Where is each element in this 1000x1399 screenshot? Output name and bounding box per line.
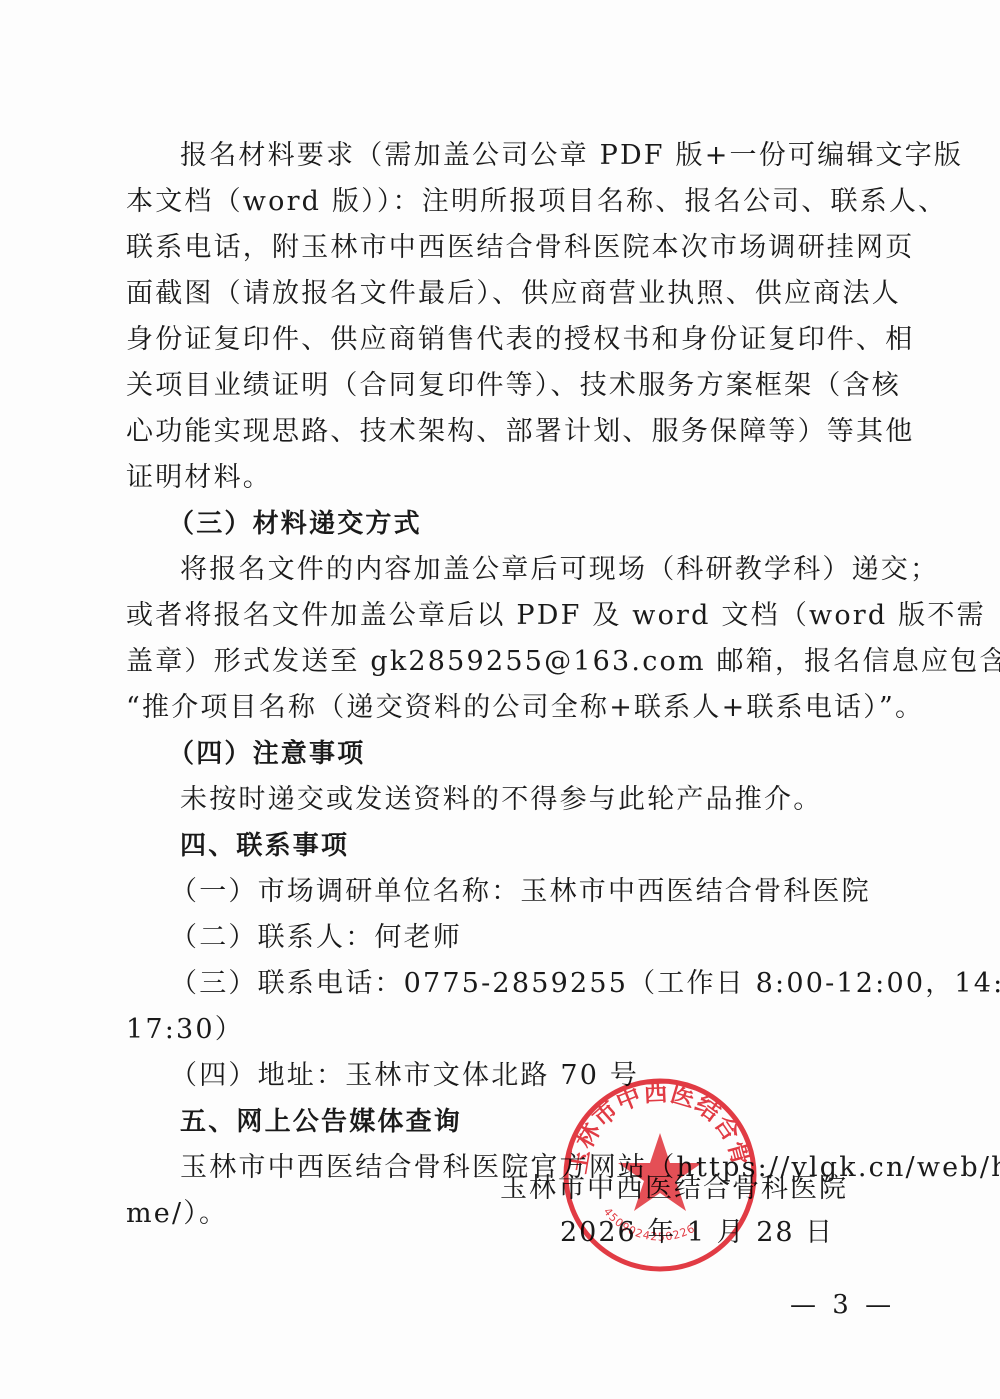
website-line: me/）。 xyxy=(126,1195,228,1233)
paragraph-line: 身份证复印件、供应商销售代表的授权书和身份证复印件、相 xyxy=(126,321,914,359)
paragraph-line: 面截图（请放报名文件最后）、供应商营业执照、供应商法人 xyxy=(126,275,901,313)
contact-person: （二）联系人：何老师 xyxy=(170,919,462,957)
page-number: — 3 — xyxy=(790,1290,895,1320)
contact-organization: （一）市场调研单位名称：玉林市中西医结合骨科医院 xyxy=(170,873,871,911)
official-seal-stamp: 玉林市中西医结合骨科医院 4509024250226 xyxy=(560,1075,760,1275)
contact-phone-hours: 17:30） xyxy=(126,1011,244,1049)
section-heading-notes: （四）注意事项 xyxy=(168,735,365,773)
paragraph-line: 报名材料要求（需加盖公司公章 PDF 版+一份可编辑文字版 xyxy=(180,137,963,175)
paragraph-line: 或者将报名文件加盖公章后以 PDF 及 word 文档（word 版不需 xyxy=(126,597,986,635)
section-heading-online-notice: 五、网上公告媒体查询 xyxy=(180,1103,462,1141)
seal-icon: 玉林市中西医结合骨科医院 4509024250226 xyxy=(560,1075,760,1275)
paragraph-line: 将报名文件的内容加盖公章后可现场（科研教学科）递交； xyxy=(180,551,939,589)
contact-phone: （三）联系电话：0775-2859255（工作日 8:00-12:00，14:3… xyxy=(170,965,1000,1003)
section-heading-submission-method: （三）材料递交方式 xyxy=(168,505,422,543)
paragraph-line: 心功能实现思路、技术架构、部署计划、服务保障等）等其他 xyxy=(126,413,914,451)
paragraph-line: “推介项目名称（递交资料的公司全称+联系人+联系电话）”。 xyxy=(126,689,924,727)
paragraph-line: 盖章）形式发送至 gk2859255@163.com 邮箱，报名信息应包含 xyxy=(126,643,1000,681)
document-page: 报名材料要求（需加盖公司公章 PDF 版+一份可编辑文字版 本文档（word 版… xyxy=(0,0,1000,1399)
svg-text:4509024250226: 4509024250226 xyxy=(601,1205,698,1243)
paragraph-line: 联系电话，附玉林市中西医结合骨科医院本次市场调研挂网页 xyxy=(126,229,914,267)
paragraph-line: 关项目业绩证明（合同复印件等）、技术服务方案框架（含核 xyxy=(126,367,901,405)
paragraph-line: 证明材料。 xyxy=(126,459,272,497)
seal-code-text: 4509024250226 xyxy=(601,1205,698,1243)
paragraph-line: 未按时递交或发送资料的不得参与此轮产品推介。 xyxy=(180,781,822,819)
section-heading-contact: 四、联系事项 xyxy=(180,827,349,865)
paragraph-line: 本文档（word 版））：注明所报项目名称、报名公司、联系人、 xyxy=(126,183,947,221)
